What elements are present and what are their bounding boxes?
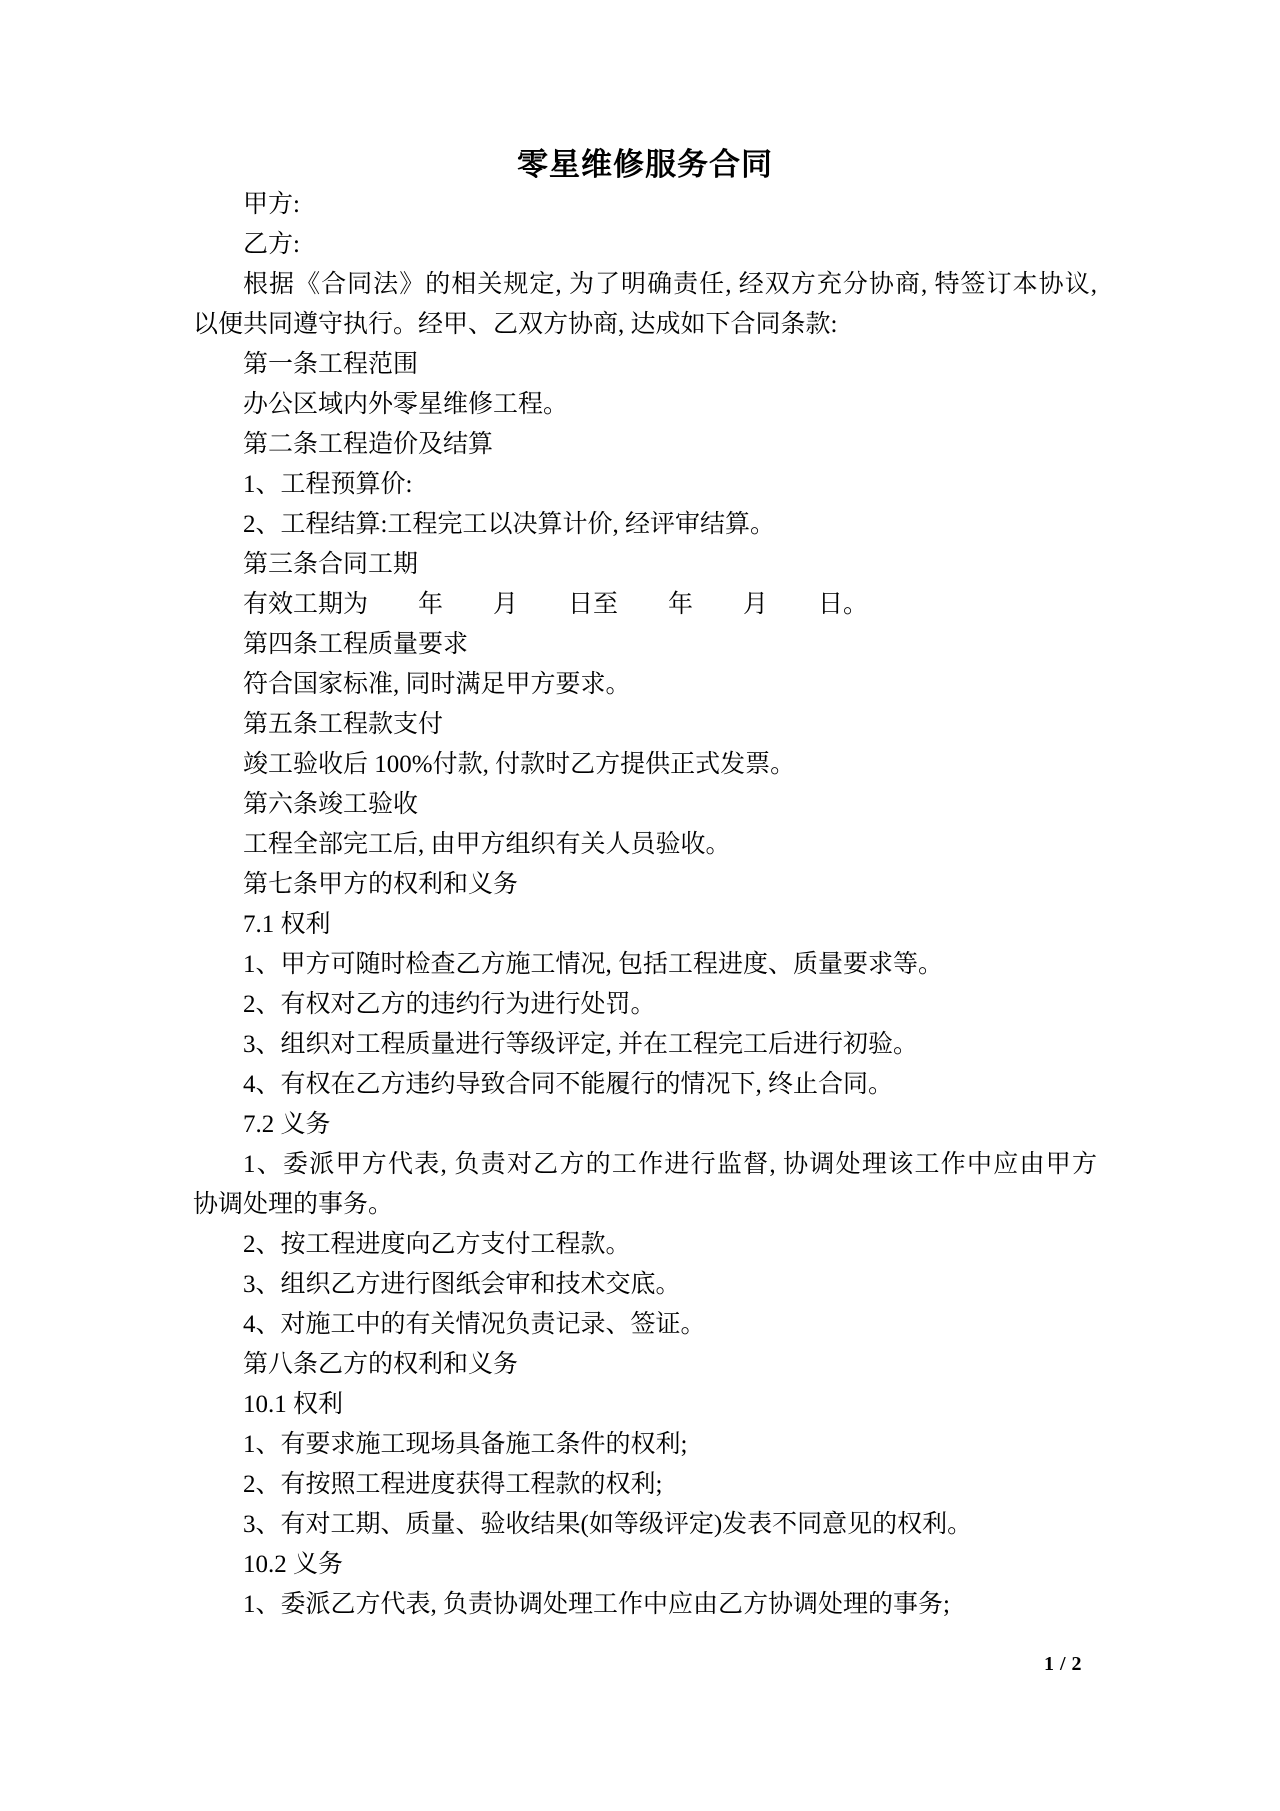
paragraph-line: 符合国家标准, 同时满足甲方要求。 (193, 665, 1097, 705)
document-title: 零星维修服务合同 (193, 145, 1097, 185)
paragraph-line: 第七条甲方的权利和义务 (193, 865, 1097, 905)
paragraph-line: 7.1 权利 (193, 905, 1097, 945)
paragraph-line: 第四条工程质量要求 (193, 625, 1097, 665)
document-page: 零星维修服务合同 甲方:乙方:根据《合同法》的相关规定, 为了明确责任, 经双方… (0, 0, 1280, 1811)
paragraph-line: 乙方: (193, 225, 1097, 265)
document-body: 甲方:乙方:根据《合同法》的相关规定, 为了明确责任, 经双方充分协商, 特签订… (193, 185, 1097, 1625)
paragraph-line: 10.1 权利 (193, 1385, 1097, 1425)
paragraph-line: 办公区域内外零星维修工程。 (193, 385, 1097, 425)
paragraph-line: 2、有权对乙方的违约行为进行处罚。 (193, 985, 1097, 1025)
paragraph-line: 1、有要求施工现场具备施工条件的权利; (193, 1425, 1097, 1465)
paragraph-line: 竣工验收后 100%付款, 付款时乙方提供正式发票。 (193, 745, 1097, 785)
page-number: 1 / 2 (1044, 1654, 1082, 1674)
paragraph-line: 2、工程结算:工程完工以决算计价, 经评审结算。 (193, 505, 1097, 545)
paragraph-line: 以便共同遵守执行。经甲、乙双方协商, 达成如下合同条款: (193, 305, 1097, 345)
paragraph-line: 3、有对工期、质量、验收结果(如等级评定)发表不同意见的权利。 (193, 1505, 1097, 1545)
paragraph-line: 甲方: (193, 185, 1097, 225)
paragraph-line: 第五条工程款支付 (193, 705, 1097, 745)
paragraph-line: 协调处理的事务。 (193, 1185, 1097, 1225)
paragraph-line: 3、组织对工程质量进行等级评定, 并在工程完工后进行初验。 (193, 1025, 1097, 1065)
paragraph-line: 第八条乙方的权利和义务 (193, 1345, 1097, 1385)
paragraph-line: 1、委派乙方代表, 负责协调处理工作中应由乙方协调处理的事务; (193, 1585, 1097, 1625)
document-content: 零星维修服务合同 甲方:乙方:根据《合同法》的相关规定, 为了明确责任, 经双方… (0, 0, 1280, 1625)
paragraph-line: 第二条工程造价及结算 (193, 425, 1097, 465)
paragraph-line: 第六条竣工验收 (193, 785, 1097, 825)
paragraph-line: 2、有按照工程进度获得工程款的权利; (193, 1465, 1097, 1505)
paragraph-line: 1、工程预算价: (193, 465, 1097, 505)
paragraph-line: 4、有权在乙方违约导致合同不能履行的情况下, 终止合同。 (193, 1065, 1097, 1105)
paragraph-line: 根据《合同法》的相关规定, 为了明确责任, 经双方充分协商, 特签订本协议, (193, 265, 1097, 305)
paragraph-line: 7.2 义务 (193, 1105, 1097, 1145)
paragraph-line: 第三条合同工期 (193, 545, 1097, 585)
paragraph-line: 3、组织乙方进行图纸会审和技术交底。 (193, 1265, 1097, 1305)
paragraph-line: 4、对施工中的有关情况负责记录、签证。 (193, 1305, 1097, 1345)
paragraph-line: 10.2 义务 (193, 1545, 1097, 1585)
paragraph-line: 1、甲方可随时检查乙方施工情况, 包括工程进度、质量要求等。 (193, 945, 1097, 985)
paragraph-line: 1、委派甲方代表, 负责对乙方的工作进行监督, 协调处理该工作中应由甲方 (193, 1145, 1097, 1185)
paragraph-line: 工程全部完工后, 由甲方组织有关人员验收。 (193, 825, 1097, 865)
paragraph-line: 有效工期为 年 月 日至 年 月 日。 (193, 585, 1097, 625)
paragraph-line: 第一条工程范围 (193, 345, 1097, 385)
paragraph-line: 2、按工程进度向乙方支付工程款。 (193, 1225, 1097, 1265)
